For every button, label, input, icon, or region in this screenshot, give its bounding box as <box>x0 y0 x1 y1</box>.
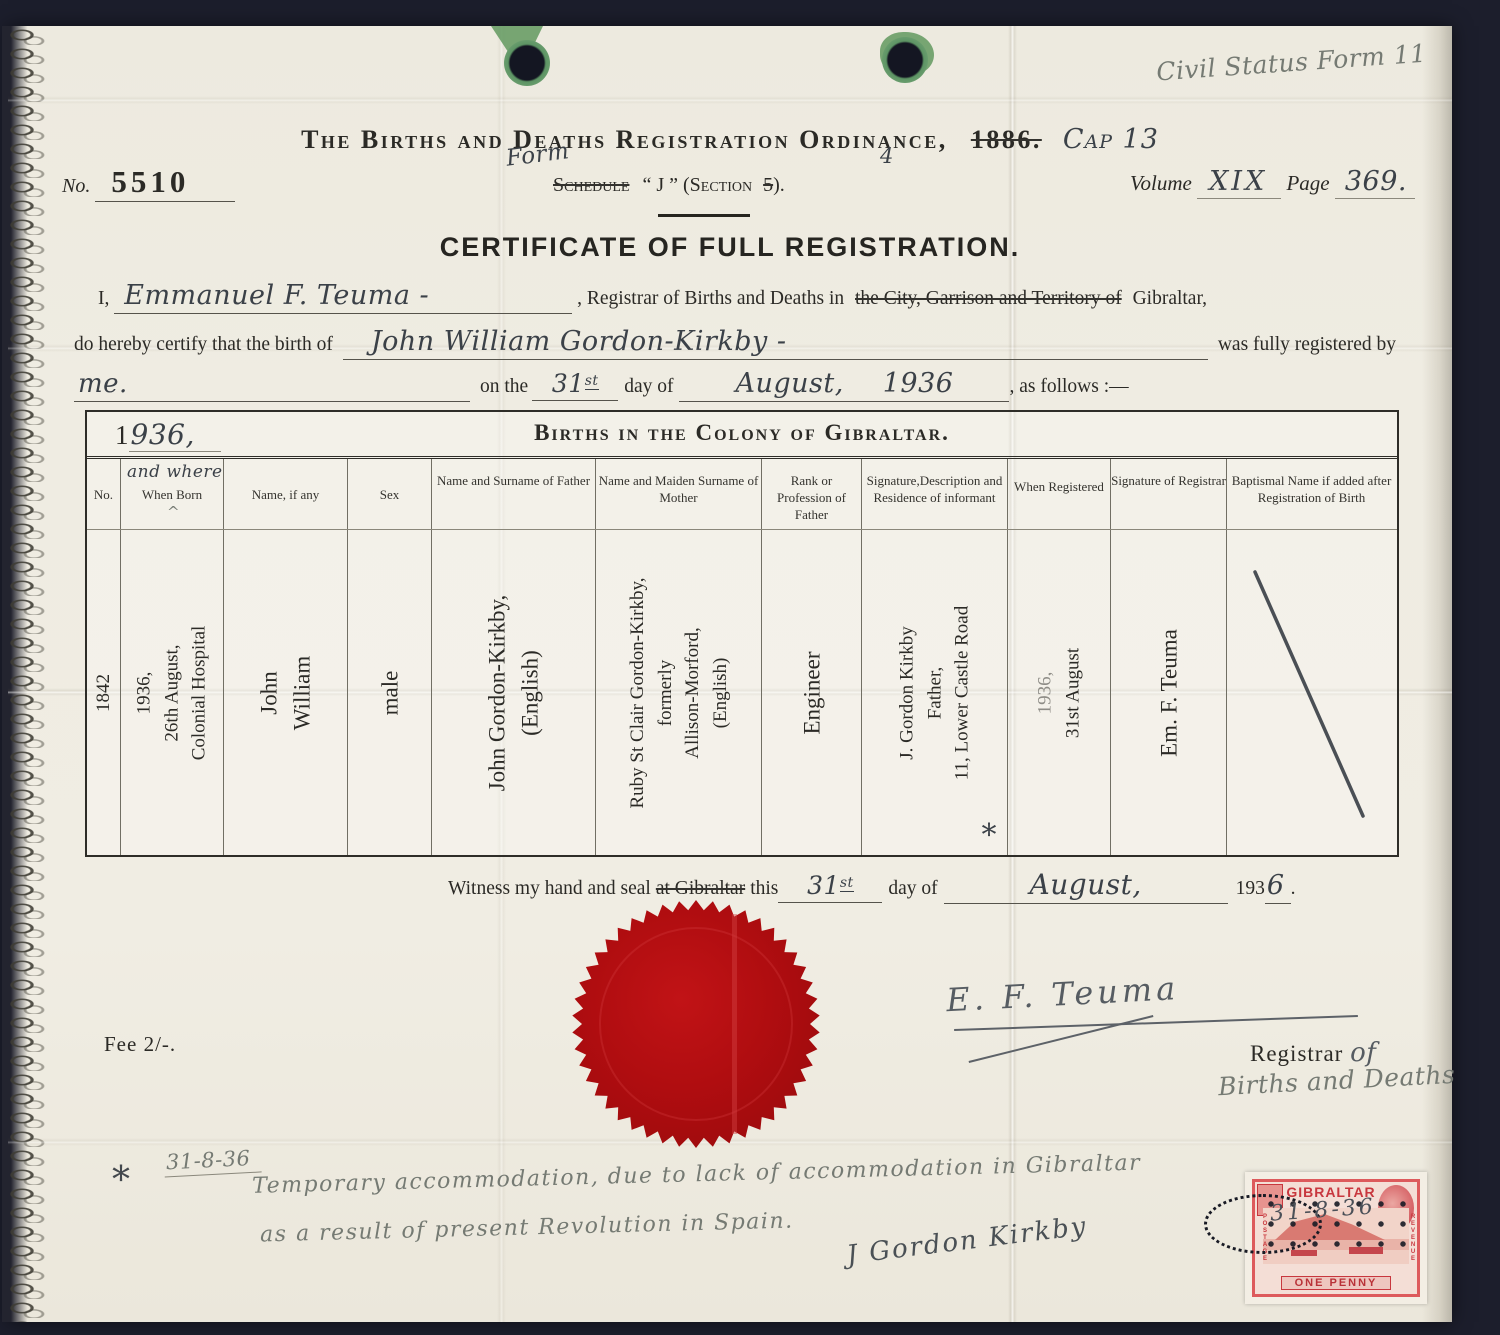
ordinance-title: The Births and Deaths Registration Ordin… <box>301 125 948 154</box>
witness-text-c: day of <box>888 878 937 900</box>
witness-period: . <box>1291 878 1296 900</box>
declaration-line1-end: Gibraltar, <box>1133 288 1207 309</box>
punch-hole-right <box>882 37 928 83</box>
volume-page-block: Volume XIX Page 369. <box>1130 166 1415 197</box>
entry-mother: Ruby St Clair Gordon-Kirkby, formerly Al… <box>595 530 761 855</box>
volume-label: Volume <box>1130 171 1192 195</box>
on-the-label: on the <box>480 376 528 398</box>
year-handwritten: 1936 <box>883 368 954 399</box>
col-header-sex: Sex <box>347 459 431 529</box>
cap-number-handwritten: Cap 13 <box>1063 124 1159 155</box>
signature-flourish-line-2 <box>969 1015 1154 1063</box>
day-of-label: day of <box>624 376 673 398</box>
col-header-name: Name, if any <box>223 459 347 529</box>
certificate-number: 5510 <box>95 164 235 202</box>
embossed-red-seal <box>570 898 822 1150</box>
schedule-close: ). <box>773 174 785 196</box>
witness-year-handwritten: 6 <box>1265 870 1291 904</box>
declaration-line1-mid: , Registrar of Births and Deaths in <box>577 288 844 309</box>
entry-when-born-line3: Colonial Hospital <box>186 543 214 843</box>
col-header-baptismal-name: Baptismal Name if added after Registrati… <box>1226 459 1396 529</box>
col-header-mother: Name and Maiden Surname of Mother <box>595 459 761 529</box>
registered-by-handwritten: me. <box>74 369 470 402</box>
witness-struck: at Gibraltar <box>656 878 745 900</box>
registrar-of-label: Registrar of <box>1250 1038 1376 1068</box>
witness-day-suffix: st <box>840 875 854 892</box>
entry-rank: Engineer <box>761 530 861 855</box>
entry-sex-value: male <box>373 543 406 843</box>
entry-name: John William <box>223 530 347 855</box>
declaration-line-2: do hereby certify that the birth of John… <box>74 326 1396 360</box>
register-header-row: No. and where When Born ^ Name, if any S… <box>87 459 1397 530</box>
seal-starburst <box>570 898 822 1150</box>
footnote-line-1: Temporary accommodation, due to lack of … <box>252 1146 1312 1199</box>
page-label: Page <box>1286 171 1329 195</box>
entry-father-line1: John Gordon-Kirkby, <box>480 543 513 843</box>
schedule-line: Schedule “ J ” (Section 5). <box>553 174 785 197</box>
entry-informant-line1: J. Gordon Kirkby <box>893 543 921 843</box>
section-number-struck: 5 <box>763 174 773 196</box>
entry-when-registered-line2: 31st August <box>1059 543 1087 843</box>
register-caption: Births in the Colony of Gibraltar. <box>87 420 1397 446</box>
registrar-name-handwritten: Emmanuel F. Teuma - <box>114 280 572 314</box>
entry-name-line1: John <box>252 543 285 843</box>
punch-hole-left <box>504 40 550 86</box>
entry-when-born: 1936, 26th August, Colonial Hospital <box>120 530 223 855</box>
col-header-informant: Signature,Description and Residence of i… <box>861 459 1007 529</box>
day-number: 31 <box>552 369 585 398</box>
declaration-line3-end: , as follows :— <box>1009 376 1128 398</box>
footnote-date: 31-8-36 <box>163 1145 261 1177</box>
entry-informant-line2: Father, <box>921 543 949 843</box>
col-header-when-born-label: When Born <box>142 487 202 502</box>
certificate-number-block: No. 5510 <box>62 164 235 200</box>
witness-text-a: Witness my hand and seal <box>448 878 651 900</box>
paper-right-edge-shadow <box>1422 26 1452 1322</box>
volume-value: XIX <box>1197 166 1281 199</box>
register-table: 1936, Births in the Colony of Gibraltar.… <box>85 410 1399 857</box>
col-header-no: No. <box>87 459 120 529</box>
witness-text-b: this <box>750 878 778 900</box>
col-header-when-born: and where When Born ^ <box>120 459 223 529</box>
entry-when-born-line2: 26th August, <box>158 543 186 843</box>
registrar-label: Registrar <box>1250 1041 1343 1066</box>
declaration-line2-end: was fully registered by <box>1218 334 1396 356</box>
no-label: No. <box>62 175 90 197</box>
col-note-and-where: and where <box>127 461 223 483</box>
col-header-when-registered: When Registered <box>1007 459 1110 529</box>
entry-father: John Gordon-Kirkby, (English) <box>431 530 595 855</box>
entry-informant: J. Gordon Kirkby Father, 11, Lower Castl… <box>861 530 1007 855</box>
month-year-handwritten: August, 1936 <box>679 368 1009 402</box>
entry-informant-asterisk: * <box>982 818 998 853</box>
month-handwritten: August, <box>736 368 844 399</box>
i-label: I, <box>74 288 109 309</box>
day-suffix: st <box>585 373 599 390</box>
register-entry-row: 1842 1936, 26th August, Colonial Hospita… <box>87 530 1397 855</box>
title-divider-rule <box>658 214 750 217</box>
entry-when-born-line1: 1936, <box>131 543 159 843</box>
document-scan: Civil Status Form 11 The Births and Deat… <box>0 0 1500 1335</box>
schedule-struck: Schedule <box>553 174 629 196</box>
col-header-registrar-signature: Signature of Registrar <box>1110 459 1226 529</box>
witness-month: August, <box>944 868 1228 904</box>
entry-registrar-signature-value: Em. F. Teuma <box>1152 543 1185 843</box>
schedule-section-text: “ J ” (Section <box>642 174 752 196</box>
declaration-line1-struck: the City, Garrison and Territory of <box>855 288 1122 309</box>
stamp-denomination: ONE PENNY <box>1281 1276 1391 1290</box>
page-value: 369. <box>1335 166 1415 199</box>
register-caption-band: 1936, Births in the Colony of Gibraltar. <box>87 412 1397 459</box>
entry-mother-line3: Allison-Morford, <box>679 543 707 843</box>
entry-informant-line3: 11, Lower Castle Road <box>948 543 976 843</box>
child-name-handwritten: John William Gordon-Kirkby - <box>343 326 1208 360</box>
col-note-caret: ^ <box>167 503 180 523</box>
horizontal-fold-line-top <box>8 96 1452 104</box>
declaration-line-1: I, Emmanuel F. Teuma - , Registrar of Bi… <box>74 280 1396 314</box>
certificate-paper: Civil Status Form 11 The Births and Deat… <box>8 26 1452 1322</box>
footnote-asterisk: * <box>112 1160 131 1201</box>
declaration-line2-start: do hereby certify that the birth of <box>74 334 333 356</box>
entry-rank-value: Engineer <box>795 543 828 843</box>
section-hand-correction: 4 <box>880 144 894 168</box>
certificate-heading: CERTIFICATE OF FULL REGISTRATION. <box>8 232 1452 263</box>
spiral-binding-edge <box>2 26 66 1322</box>
entry-mother-line1: Ruby St Clair Gordon-Kirkby, <box>623 543 651 843</box>
col-header-father: Name and Surname of Father <box>431 459 595 529</box>
declaration-line-3: me. on the 31st day of August, 1936 , as… <box>74 368 1396 402</box>
entry-when-registered-line1: 1936, <box>1031 543 1059 843</box>
fee-label: Fee 2/-. <box>104 1032 176 1057</box>
ordinance-year-struck: 1886. <box>971 125 1042 154</box>
entry-mother-line4: (English) <box>706 543 734 843</box>
witness-year-printed: 193 <box>1236 878 1265 900</box>
entry-father-line2: (English) <box>514 543 547 843</box>
col-header-rank: Rank or Profession of Father <box>761 459 861 529</box>
entry-name-line2: William <box>286 543 319 843</box>
entry-baptismal-name <box>1226 530 1396 855</box>
ordinance-title-row: The Births and Deaths Registration Ordin… <box>8 124 1452 155</box>
baptismal-slash-mark <box>1227 530 1397 855</box>
entry-registrar-signature: Em. F. Teuma <box>1110 530 1226 855</box>
entry-no: 1842 <box>87 530 120 855</box>
entry-mother-line2: formerly <box>651 543 679 843</box>
day-handwritten: 31st <box>532 369 618 401</box>
entry-when-registered: 1936, 31st August <box>1007 530 1110 855</box>
entry-sex: male <box>347 530 431 855</box>
entry-no-value: 1842 <box>90 543 118 843</box>
witness-day-number: 31 <box>807 871 840 900</box>
